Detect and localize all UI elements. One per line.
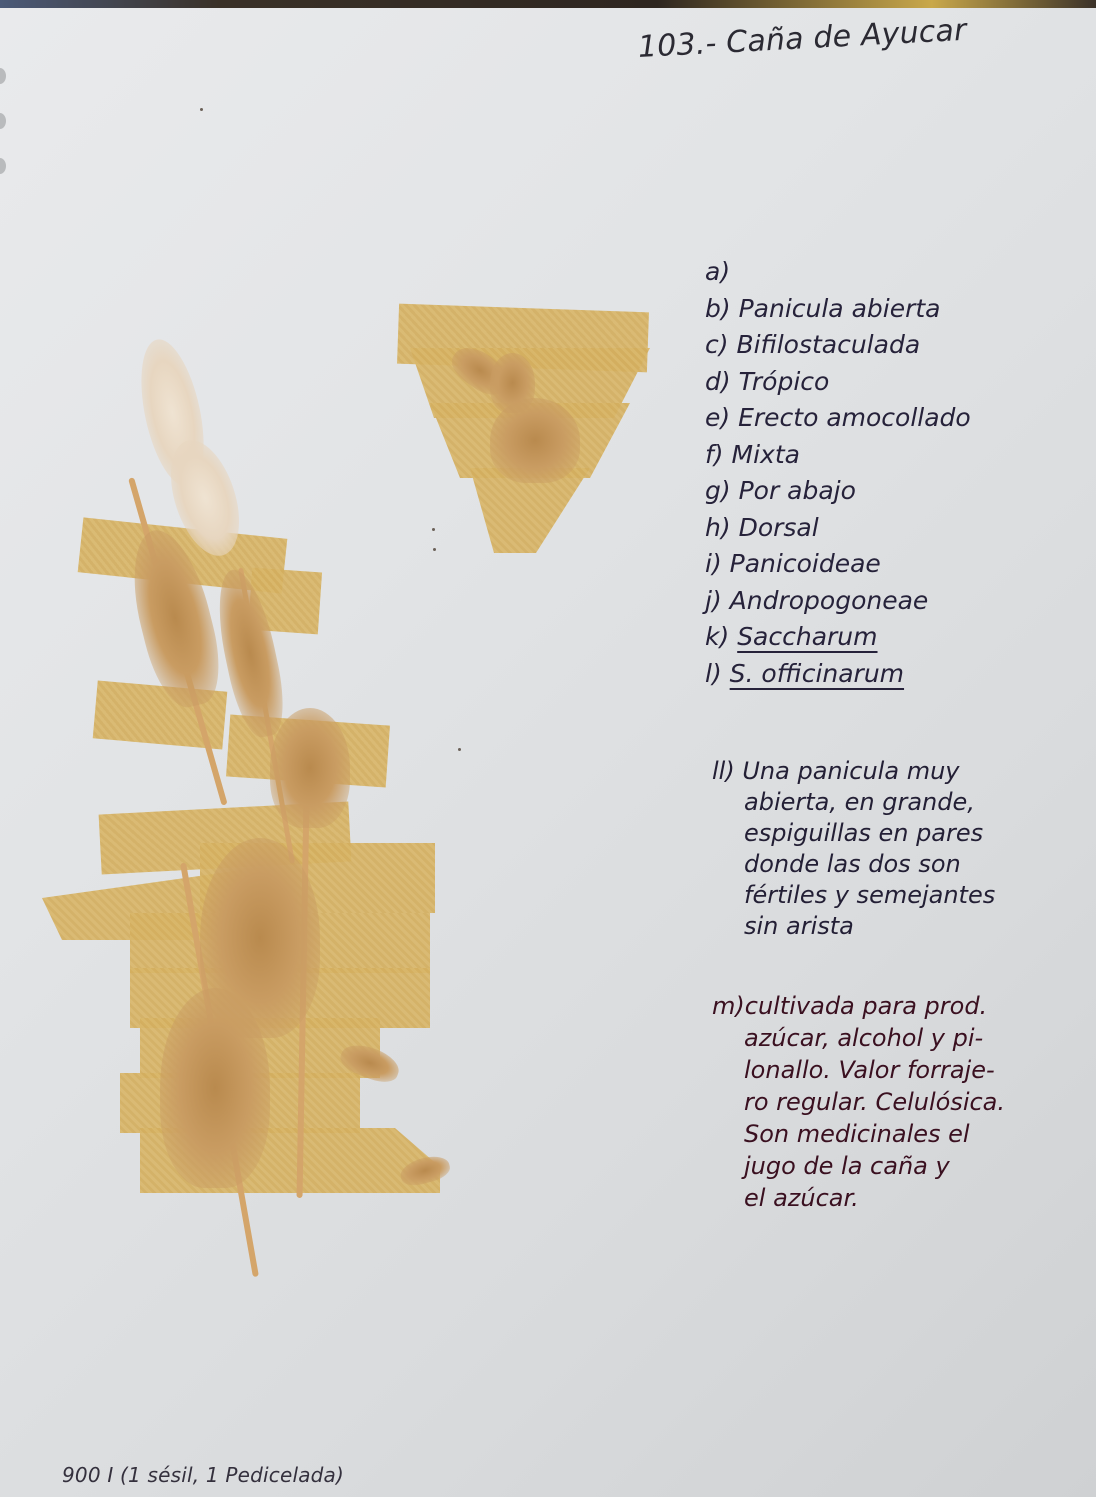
answer-list: a) b) Panicula abierta c) Bifilostaculad… <box>705 254 1085 692</box>
footer-note: 900 I (1 sésil, 1 Pedicelada) <box>62 1463 344 1487</box>
answer-m-uses: m)cultivada para prod. azúcar, alcohol y… <box>712 990 1082 1214</box>
answer-k-genus: k) Saccharum <box>705 619 1085 656</box>
answer-l-species: l) S. officinarum <box>705 656 1085 693</box>
answer-a: a) <box>705 254 1085 291</box>
binder-hole <box>0 158 6 174</box>
answer-c: c) Bifilostaculada <box>705 327 1085 364</box>
answer-ll-description: ll) Una panicula muy abierta, en grande,… <box>712 756 1052 942</box>
answer-j: j) Andropogoneae <box>705 583 1085 620</box>
answer-e: e) Erecto amocollado <box>705 400 1085 437</box>
answer-b: b) Panicula abierta <box>705 291 1085 328</box>
speck <box>432 528 435 531</box>
answer-i: i) Panicoideae <box>705 546 1085 583</box>
answer-g: g) Por abajo <box>705 473 1085 510</box>
answer-h: h) Dorsal <box>705 510 1085 547</box>
answer-f: f) Mixta <box>705 437 1085 474</box>
speck <box>458 748 461 751</box>
speck <box>433 548 436 551</box>
binder-hole <box>0 113 6 129</box>
answer-d: d) Trópico <box>705 364 1085 401</box>
speck <box>200 108 203 111</box>
herbarium-sheet: 103.- Caña de Ayucar <box>0 8 1096 1497</box>
binder-hole <box>0 68 6 84</box>
sheet-title: 103.- Caña de Ayucar <box>637 13 967 65</box>
